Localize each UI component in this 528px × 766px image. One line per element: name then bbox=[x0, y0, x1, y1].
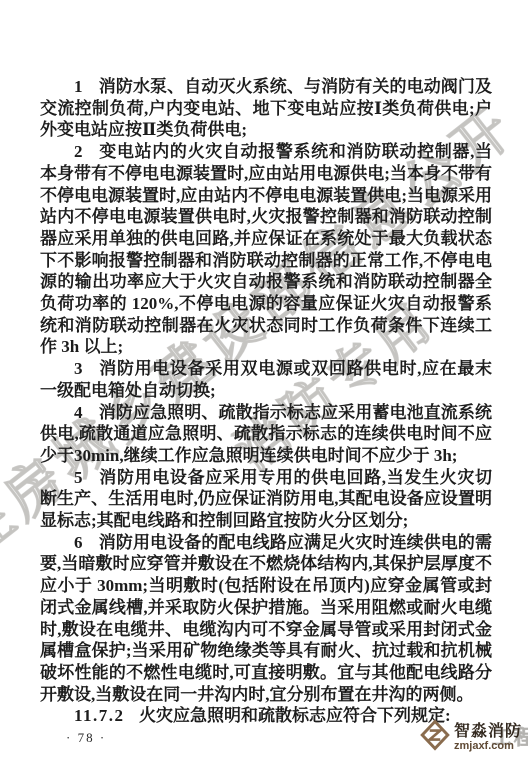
clause-text: 消防用电设备采用双电源或双回路供电时,应在最末一级配电箱处自动切换; bbox=[40, 359, 492, 400]
clause-text: 变电站内的火灾自动报警系统和消防联动控制器,当本身带有不停电电源装置时,应由站用… bbox=[40, 142, 492, 356]
clause-item-4: 4消防应急照明、疏散指示标志应采用蓄电池直流系统供电,疏散通道应急照明、疏散指示… bbox=[40, 402, 492, 467]
logo-text-block: 智淼消防 zmjaxf.com bbox=[454, 723, 522, 753]
section-title: 火灾应急照明和疏散标志应符合下列规定: bbox=[139, 706, 451, 725]
clause-number: 4 bbox=[74, 403, 83, 422]
clause-number: 6 bbox=[74, 533, 83, 552]
clause-item-3: 3消防用电设备采用双电源或双回路供电时,应在最末一级配电箱处自动切换; bbox=[40, 358, 492, 401]
clause-text: 消防用电设备应采用专用的供电回路,当发生火灾切断生产、生活用电时,仍应保证消防用… bbox=[40, 468, 492, 530]
diamond-z-logo-icon bbox=[420, 719, 450, 756]
page-content: 1消防水泵、自动灭火系统、与消防有关的电动阀门及交流控制负荷,户内变电站、地下变… bbox=[40, 76, 492, 749]
zhimiao-logo: 智淼消防 zmjaxf.com bbox=[420, 719, 522, 756]
clause-number: 3 bbox=[74, 359, 83, 378]
clause-item-6: 6消防用电设备的配电线路应满足火灾时连续供电的需要,当暗敷时应穿管并敷设在不燃烧… bbox=[40, 532, 492, 706]
clause-text: 消防用电设备的配电线路应满足火灾时连续供电的需要,当暗敷时应穿管并敷设在不燃烧体… bbox=[40, 533, 492, 704]
clause-item-2: 2变电站内的火灾自动报警系统和消防联动控制器,当本身带有不停电电源装置时,应由站… bbox=[40, 141, 492, 358]
logo-company-name: 智淼消防 bbox=[454, 723, 522, 741]
section-number: 11.7.2 bbox=[74, 706, 125, 725]
clause-item-5: 5消防用电设备应采用专用的供电回路,当发生火灾切断生产、生活用电时,仍应保证消防… bbox=[40, 467, 492, 532]
document-page: 住房城乡建设部信息公开 消防专用 工程 1消防水泵、自动灭火系统、与消防有关的电… bbox=[0, 0, 528, 766]
clause-item-1: 1消防水泵、自动灭火系统、与消防有关的电动阀门及交流控制负荷,户内变电站、地下变… bbox=[40, 76, 492, 141]
logo-website-url: zmjaxf.com bbox=[454, 740, 522, 752]
clause-text: 消防应急照明、疏散指示标志应采用蓄电池直流系统供电,疏散通道应急照明、疏散指示标… bbox=[40, 403, 492, 465]
clause-number: 1 bbox=[74, 77, 83, 96]
clause-number: 2 bbox=[74, 142, 83, 161]
clause-number: 5 bbox=[74, 468, 83, 487]
clause-text: 消防水泵、自动灭火系统、与消防有关的电动阀门及交流控制负荷,户内变电站、地下变电… bbox=[40, 77, 492, 139]
